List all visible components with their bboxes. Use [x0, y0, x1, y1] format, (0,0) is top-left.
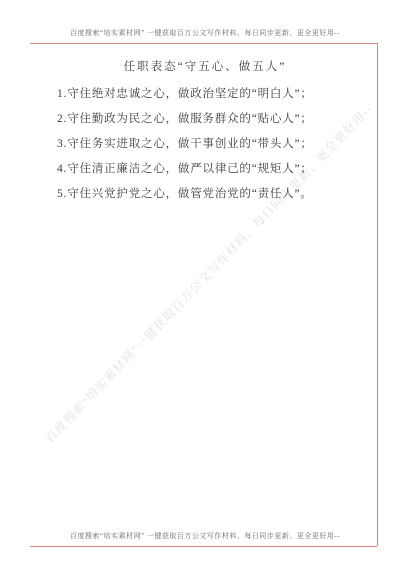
- right-rule-line: [377, 43, 378, 546]
- document-page: 百度搜索“培实素材网” 一键获取百万公文写作材料、每日同步更新、更全更好用-- …: [0, 0, 410, 580]
- page-title: 任职表态“守五心、做五人”: [0, 58, 410, 74]
- statement-item-4: 4.守住清正廉洁之心，做严以律己的“规矩人”；: [57, 157, 377, 182]
- bottom-rule-line: [30, 546, 377, 547]
- statement-list: 1.守住绝对忠诚之心，做政治坚定的“明白人”； 2.守住勤政为民之心，做服务群众…: [57, 82, 377, 207]
- header-promo-text: 百度搜索“培实素材网” 一键获取百万公文写作材料、每日同步更新、更全更好用--: [0, 28, 410, 38]
- statement-item-2: 2.守住勤政为民之心，做服务群众的“贴心人”；: [57, 107, 377, 132]
- top-rule-line: [30, 43, 377, 44]
- statement-item-3: 3.守住务实进取之心，做干事创业的“带头人”；: [57, 132, 377, 157]
- footer-promo-text: 百度搜索“培实素材网” 一键获取百万公文写作材料、每日同步更新、更全更好用--: [0, 531, 410, 541]
- statement-item-5: 5.守住兴党护党之心，做管党治党的“责任人”。: [57, 182, 377, 207]
- statement-item-1: 1.守住绝对忠诚之心，做政治坚定的“明白人”；: [57, 82, 377, 107]
